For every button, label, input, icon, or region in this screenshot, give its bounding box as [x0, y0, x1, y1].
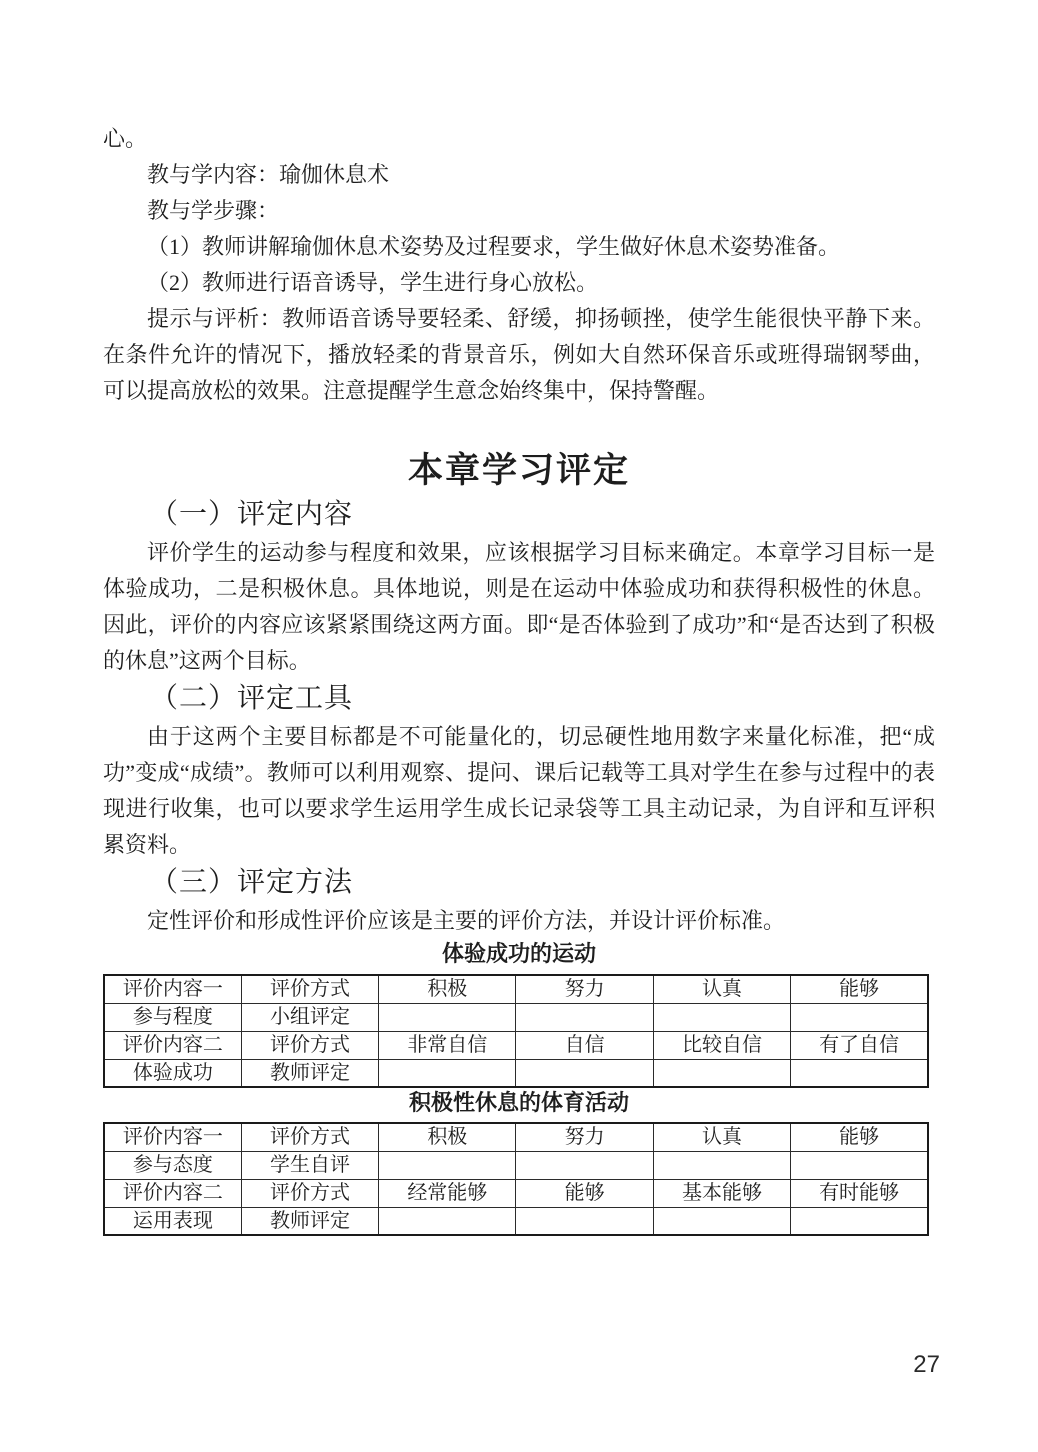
table-cell	[516, 1003, 653, 1031]
table-row: 参与态度 学生自评	[104, 1151, 928, 1179]
table-row: 评价内容二 评价方式 经常能够 能够 基本能够 有时能够	[104, 1179, 928, 1207]
table-cell: 参与程度	[104, 1003, 241, 1031]
table-cell	[379, 1207, 516, 1235]
teaching-steps-line: 教与学步骤：	[103, 193, 935, 229]
table-cell	[379, 1003, 516, 1031]
table-cell: 学生自评	[241, 1151, 378, 1179]
page-number: 27	[913, 1350, 940, 1380]
table-cell: 有时能够	[791, 1179, 928, 1207]
table-cell: 体验成功	[104, 1059, 241, 1087]
table-cell	[516, 1207, 653, 1235]
section-body-2: 由于这两个主要目标都是不可能量化的，切忌硬性地用数字来量化标准，把“成功”变成“…	[103, 719, 935, 863]
table-cell: 小组评定	[241, 1003, 378, 1031]
table-cell: 非常自信	[379, 1031, 516, 1059]
evaluation-table-success: 评价内容一 评价方式 积极 努力 认真 能够 参与程度 小组评定 评价内容二 评…	[103, 974, 929, 1088]
table-cell: 努力	[516, 1123, 653, 1151]
table-cell	[653, 1003, 790, 1031]
table-cell: 能够	[791, 975, 928, 1003]
table-cell: 评价内容二	[104, 1031, 241, 1059]
table-cell: 比较自信	[653, 1031, 790, 1059]
teaching-step-2: （2）教师进行语音诱导，学生进行身心放松。	[103, 265, 935, 301]
table-cell: 认真	[653, 975, 790, 1003]
table-cell: 积极	[379, 1123, 516, 1151]
table-cell: 能够	[791, 1123, 928, 1151]
section-body-3: 定性评价和形成性评价应该是主要的评价方法，并设计评价标准。	[103, 903, 935, 939]
table-cell: 认真	[653, 1123, 790, 1151]
table-cell: 评价方式	[241, 1123, 378, 1151]
table-cell	[791, 1003, 928, 1031]
table-row: 评价内容一 评价方式 积极 努力 认真 能够	[104, 975, 928, 1003]
paragraph-continuation: 心。	[103, 121, 935, 157]
table-cell: 能够	[516, 1179, 653, 1207]
table-row: 评价内容二 评价方式 非常自信 自信 比较自信 有了自信	[104, 1031, 928, 1059]
table-cell	[379, 1059, 516, 1087]
table-cell	[653, 1151, 790, 1179]
table-cell: 评价内容一	[104, 1123, 241, 1151]
table-row: 参与程度 小组评定	[104, 1003, 928, 1031]
table-cell: 自信	[516, 1031, 653, 1059]
table-cell: 教师评定	[241, 1207, 378, 1235]
table-cell	[791, 1059, 928, 1087]
tips-paragraph: 提示与评析：教师语音诱导要轻柔、舒缓，抑扬顿挫，使学生能很快平静下来。在条件允许…	[103, 301, 935, 409]
table-cell: 评价内容一	[104, 975, 241, 1003]
table-cell	[379, 1151, 516, 1179]
table-cell: 评价方式	[241, 975, 378, 1003]
table-cell	[653, 1059, 790, 1087]
table-cell: 运用表现	[104, 1207, 241, 1235]
table-cell	[653, 1207, 790, 1235]
chapter-title: 本章学习评定	[103, 447, 935, 495]
table-cell: 努力	[516, 975, 653, 1003]
table-cell: 评价内容二	[104, 1179, 241, 1207]
teaching-step-1: （1）教师讲解瑜伽休息术姿势及过程要求，学生做好休息术姿势准备。	[103, 229, 935, 265]
table-row: 评价内容一 评价方式 积极 努力 认真 能够	[104, 1123, 928, 1151]
table-row: 运用表现 教师评定	[104, 1207, 928, 1235]
table-cell	[791, 1207, 928, 1235]
table-cell: 评价方式	[241, 1179, 378, 1207]
section-heading-2: （二）评定工具	[103, 679, 935, 719]
table-cell: 基本能够	[653, 1179, 790, 1207]
evaluation-table-rest: 评价内容一 评价方式 积极 努力 认真 能够 参与态度 学生自评 评价内容二 评…	[103, 1122, 929, 1236]
section-heading-1: （一）评定内容	[103, 495, 935, 535]
table-title-rest: 积极性休息的体育活动	[103, 1088, 935, 1118]
section-body-1: 评价学生的运动参与程度和效果，应该根据学习目标来确定。本章学习目标一是体验成功，…	[103, 535, 935, 679]
document-page: 心。 教与学内容：瑜伽休息术 教与学步骤： （1）教师讲解瑜伽休息术姿势及过程要…	[0, 0, 1038, 1452]
table-cell: 教师评定	[241, 1059, 378, 1087]
table-cell	[791, 1151, 928, 1179]
table-cell: 经常能够	[379, 1179, 516, 1207]
table-cell: 积极	[379, 975, 516, 1003]
table-cell	[516, 1059, 653, 1087]
table-title-success: 体验成功的运动	[103, 939, 935, 969]
table-cell	[516, 1151, 653, 1179]
teaching-content-line: 教与学内容：瑜伽休息术	[103, 157, 935, 193]
table-cell: 评价方式	[241, 1031, 378, 1059]
section-heading-3: （三）评定方法	[103, 863, 935, 903]
table-row: 体验成功 教师评定	[104, 1059, 928, 1087]
table-cell: 有了自信	[791, 1031, 928, 1059]
table-cell: 参与态度	[104, 1151, 241, 1179]
